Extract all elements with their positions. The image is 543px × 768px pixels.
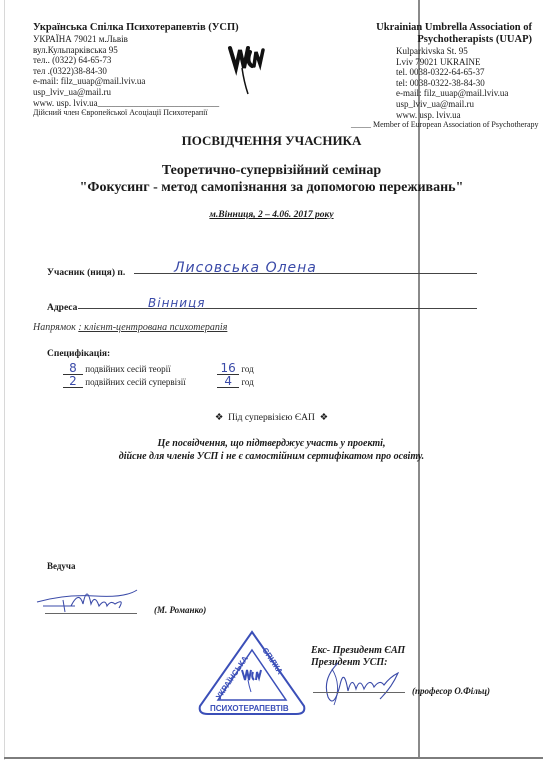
participant-value: Лисовська Олена (174, 260, 317, 276)
header-left-line: УКРАЇНА 79021 м.Львів (33, 34, 253, 45)
header-right-line: Lviv 79021 UKRAINE (396, 57, 538, 68)
supervision-hours: 4 (217, 376, 239, 388)
svg-text:СПІЛКА: СПІЛКА (260, 646, 284, 676)
address-label: Адреса (47, 297, 77, 315)
place-date: м.Вінниця, 2 – 4.06. 2017 року (0, 210, 543, 220)
seminar-type: Теоретично-супервізійний семінар (0, 162, 543, 179)
validity-notice: Це посвідчення, що підтверджує участь у … (0, 437, 543, 463)
header-right-website: www. usp. lviv.ua (396, 110, 538, 121)
bullet-icon: ❖ (215, 413, 224, 423)
bullet-icon: ❖ (320, 413, 329, 423)
participant-label: Учасник (ниця) п. (47, 262, 125, 280)
org-name-eng: Ukrainian Umbrella Association of Psycho… (358, 22, 538, 46)
seminar-heading: Теоретично-супервізійний семінар "Фокуси… (0, 162, 543, 196)
document-title: ПОСВІДЧЕННЯ УЧАСНИКА (0, 133, 543, 149)
supervision-text: подвійних сесій супервізії (85, 377, 185, 387)
supervision-sessions: 2 (63, 376, 83, 388)
president-signature-icon (318, 655, 413, 710)
header-left-line: тел .(0322)38-84-30 (33, 66, 253, 77)
address-field: Вінниця (78, 294, 477, 309)
scan-bottom-rule (4, 757, 543, 759)
supervision-line: ❖ Під супервізією ЄАП ❖ (0, 412, 543, 423)
president-signature-line (313, 692, 405, 693)
svg-text:ПСИХОТЕРАПЕВТІВ: ПСИХОТЕРАПЕВТІВ (210, 704, 289, 713)
header-left-membership: Дійсний член Європейської Асоціації Псих… (33, 108, 253, 119)
org-name-ukr: Українська Спілка Психотерапевтів (УСП) (33, 22, 253, 34)
leader-label: Ведуча (47, 561, 76, 571)
header-right-membership: _____ Member of European Association of … (351, 120, 538, 131)
theory-text: подвійних сесій теорії (85, 364, 170, 374)
header-right-line: tel. 0038-0322-64-65-37 (396, 67, 538, 78)
header-left-email-2: usp_lviv_ua@mail.ru (33, 87, 253, 98)
header-right: Ukrainian Umbrella Association of Psycho… (358, 22, 538, 131)
notice-line-1: Це посвідчення, що підтверджує участь у … (0, 437, 543, 450)
leader-signature-line (45, 613, 137, 614)
direction-label: Напрямок (33, 322, 78, 333)
supervision-text: Під супервізією ЄАП (228, 413, 315, 423)
direction-value: : клієнт-центрована психотерапія (78, 322, 227, 333)
supervision-unit: год (241, 377, 253, 387)
usp-logo-icon (226, 38, 266, 98)
header-left: Українська Спілка Психотерапевтів (УСП) … (33, 22, 253, 119)
direction: Напрямок : клієнт-центрована психотерапі… (33, 322, 227, 333)
header-right-line: Kulparkivska St. 95 (396, 46, 538, 57)
header-left-line: тел.. (0322) 64-65-73 (33, 55, 253, 66)
address-value: Вінниця (148, 296, 205, 310)
spec-row-supervision: 2 подвійних сесій супервізії 4 год (63, 376, 254, 388)
header-right-email: e-mail: filz_uuap@mail.lviv.ua (396, 88, 538, 99)
header-right-line: tel: 0038-0322-38-84-30 (396, 78, 538, 89)
leader-signature-icon (35, 580, 140, 616)
theory-unit: год (241, 364, 253, 374)
header-left-line: вул.Кульпарківська 95 (33, 45, 253, 56)
organization-seal-icon: УКРАЇНСЬКА СПІЛКА ПСИХОТЕРАПЕВТІВ (196, 628, 308, 718)
notice-line-2: дійсне для членів УСП і не є самостійним… (0, 450, 543, 463)
header-left-email: e-mail: filz_uuap@mail.lviv.ua (33, 76, 253, 87)
specification-label: Специфікація: (47, 349, 110, 359)
leader-name: (М. Романко) (154, 605, 206, 615)
seminar-name: "Фокусинг - метод самопізнання за допомо… (0, 179, 543, 196)
page-left-edge (4, 0, 5, 760)
participant-field: Лисовська Олена (134, 259, 477, 274)
president-name: (професор О.Фільц) (412, 686, 490, 696)
header-right-email-2: usp_lviv_ua@mail.ru (396, 99, 538, 110)
header-left-website: www. usp. lviv.ua_______________________… (33, 98, 253, 109)
